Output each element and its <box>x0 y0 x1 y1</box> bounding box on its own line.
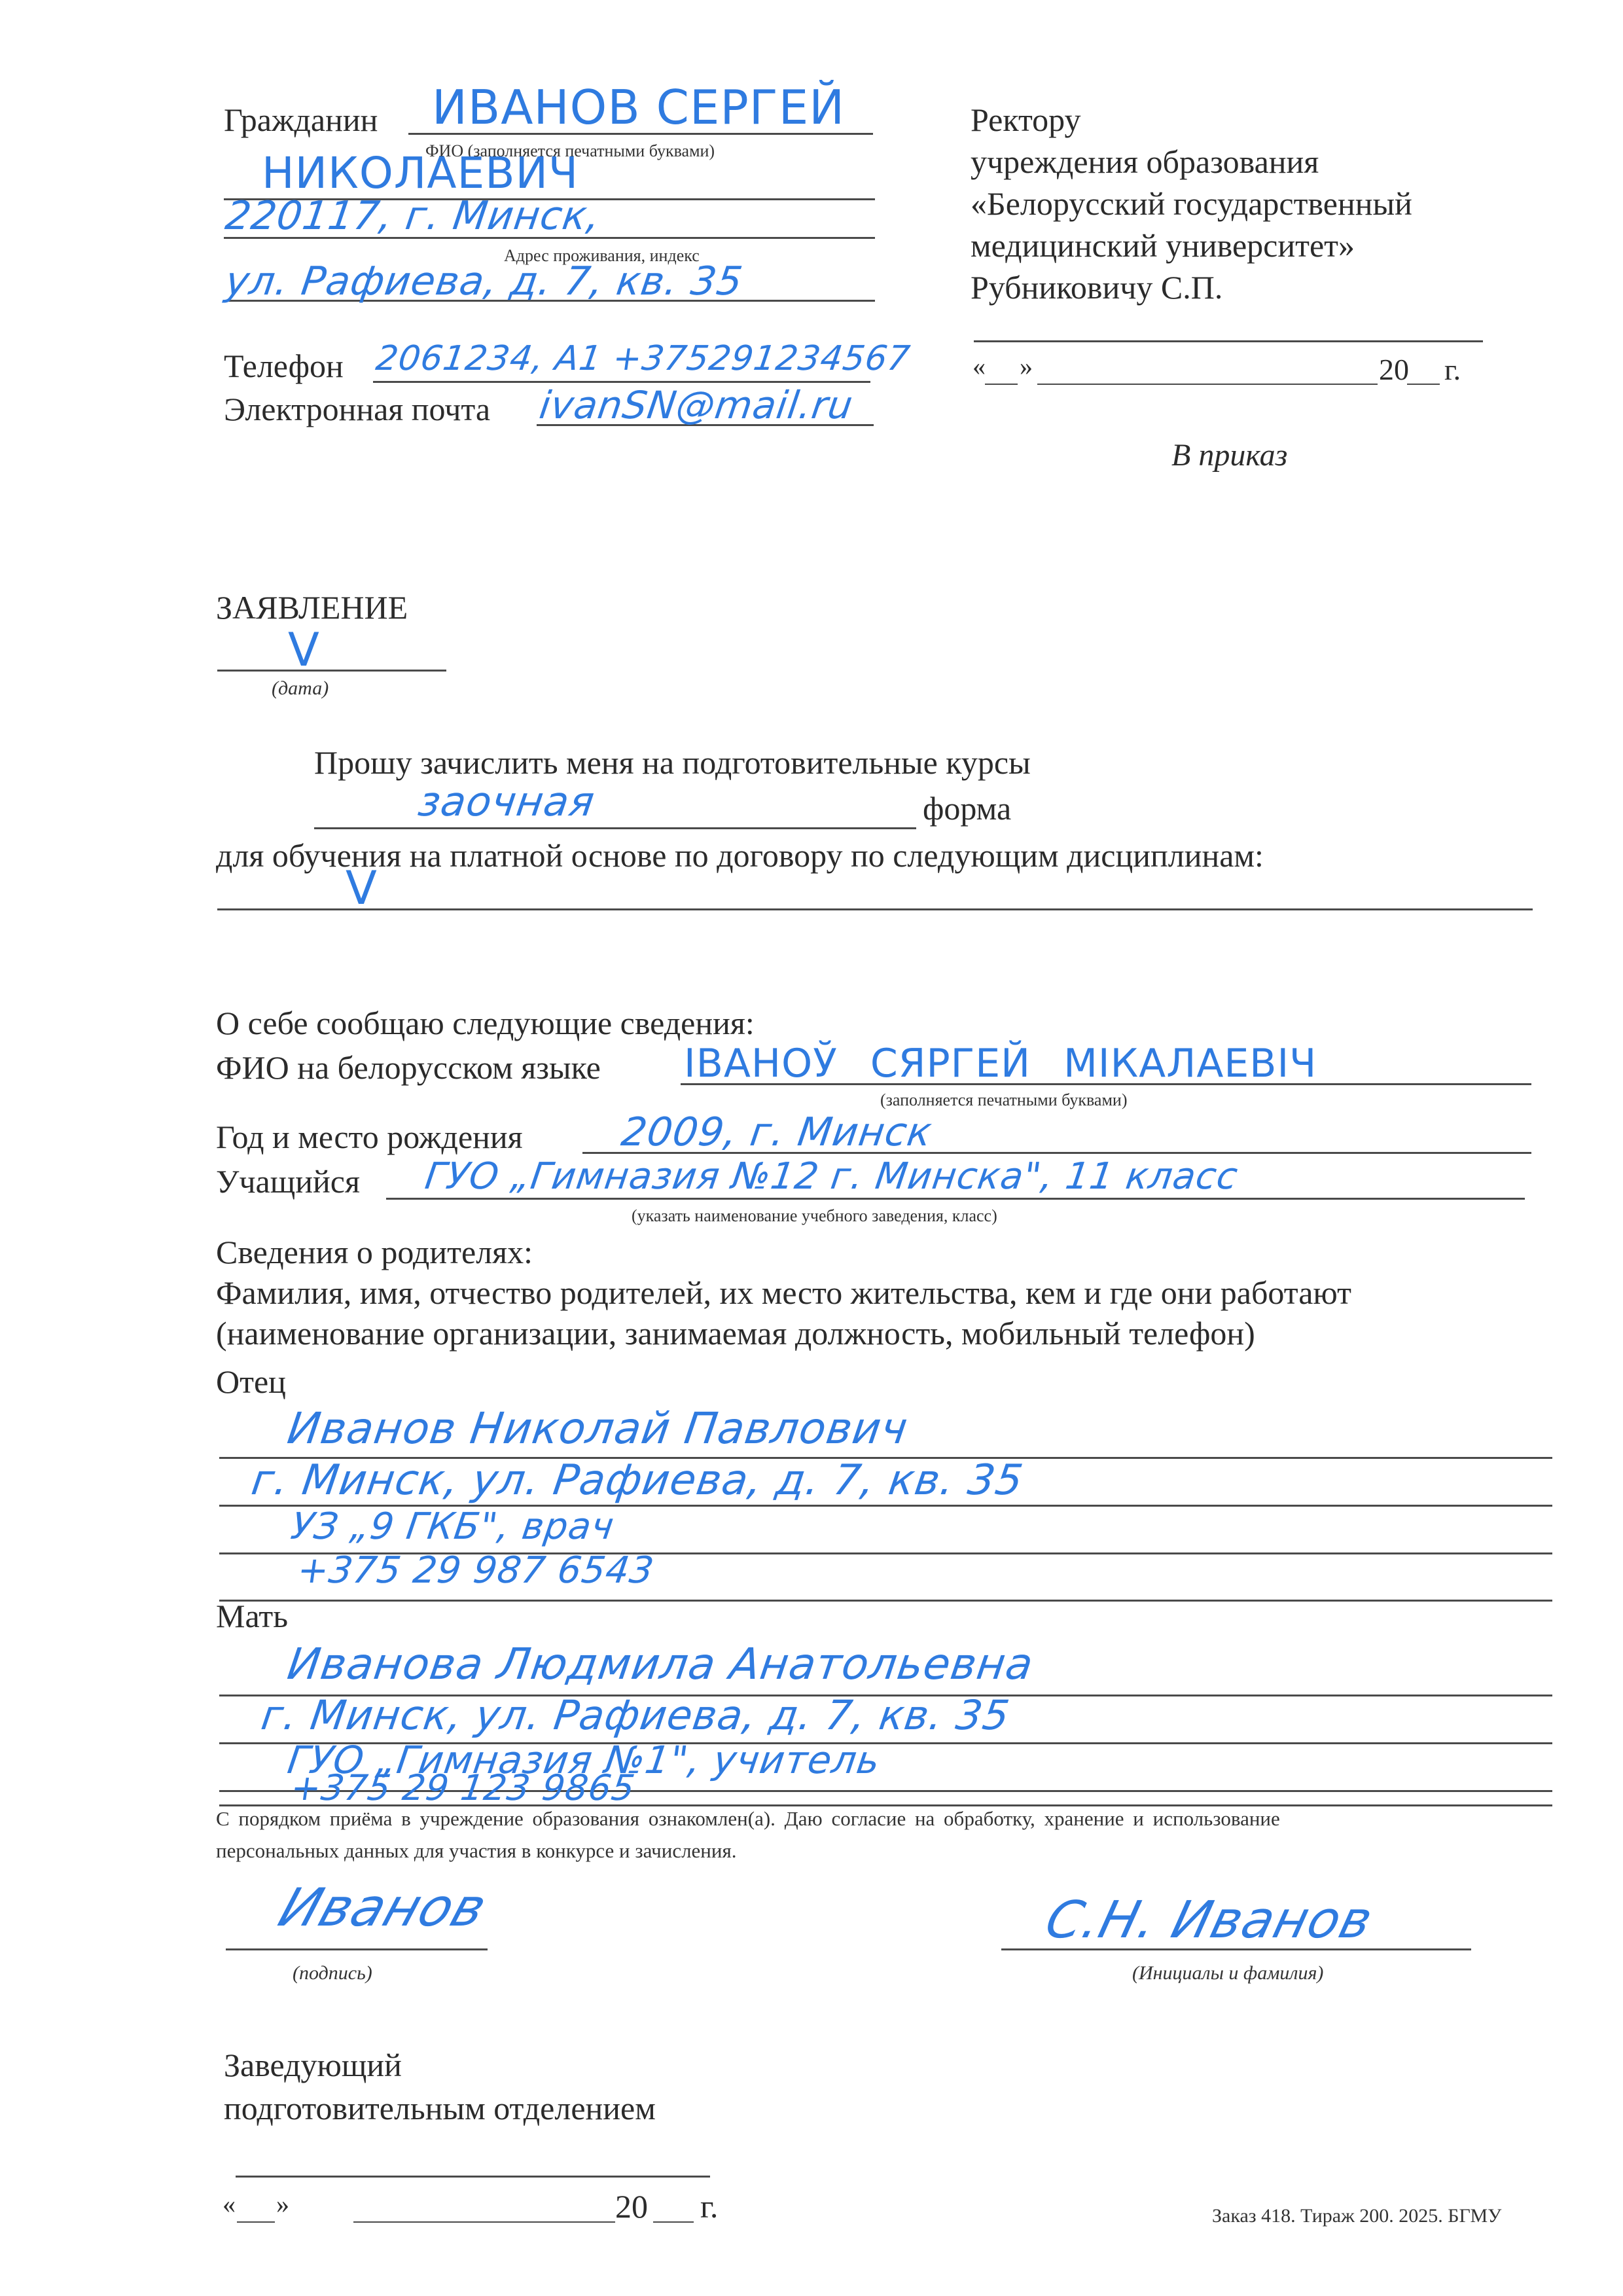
fio-field-2[interactable]: НИКОЛАЕВИЧ <box>262 152 579 195</box>
parents-instructions-2: (наименование организации, занимаемая до… <box>216 1317 1255 1350</box>
print-info: Заказ 418. Тираж 200. 2025. БГМУ <box>1212 2206 1501 2226</box>
addressee-line-2: учреждения образования <box>971 145 1319 178</box>
rector-date-close-quote: » <box>1020 353 1033 380</box>
signature-line <box>226 1948 488 1950</box>
addressee-line-5: Рубниковичу С.П. <box>971 271 1222 304</box>
rector-date-month-field[interactable] <box>1037 384 1378 385</box>
addressee-line-1: Ректору <box>971 103 1081 136</box>
signature-field[interactable]: Иванов <box>273 1882 493 1934</box>
date-hint: (дата) <box>272 679 329 698</box>
mother-field-4[interactable]: +375 29 123 9865 <box>289 1770 637 1806</box>
father-field-4[interactable]: +375 29 987 6543 <box>295 1552 656 1589</box>
addressee-line-3: «Белорусский государственный <box>971 187 1412 220</box>
order-note: В приказ <box>1171 440 1287 471</box>
email-field[interactable]: ivanSN@mail.ru <box>537 386 855 424</box>
head-date-year-field[interactable] <box>653 2221 694 2223</box>
fio-by-field[interactable]: ІВАНОЎ СЯРГЕЙ МІКАЛАЕВІЧ <box>684 1044 1317 1083</box>
about-heading: О себе сообщаю следующие сведения: <box>216 1007 755 1039</box>
fio-by-hint: (заполняется печатными буквами) <box>880 1092 1128 1109</box>
parents-instructions-1: Фамилия, имя, отчество родителей, их мес… <box>216 1276 1351 1309</box>
father-label: Отец <box>216 1365 286 1398</box>
rector-date-year-prefix: 20 <box>1379 355 1409 385</box>
mother-field-1[interactable]: Иванова Людмила Анатольевна <box>285 1643 1036 1686</box>
phone-label: Телефон <box>224 350 344 382</box>
mother-label: Мать <box>216 1600 288 1632</box>
signature-hint: (подпись) <box>293 1964 372 1983</box>
address-field-1[interactable]: 220117, г. Минск, <box>223 196 603 236</box>
fio-by-label: ФИО на белорусском языке <box>216 1051 601 1084</box>
head-date-close-quote: » <box>276 2191 289 2217</box>
head-date-month-field[interactable] <box>353 2221 615 2223</box>
father-field-2[interactable]: г. Минск, ул. Рафиева, д. 7, кв. 35 <box>249 1460 1026 1501</box>
head-date-year-suffix: г. <box>700 2190 718 2223</box>
disciplines-checkmark[interactable]: V <box>346 865 377 911</box>
student-hint: (указать наименование учебного заведения… <box>632 1208 997 1225</box>
rector-date-open-quote: « <box>972 353 986 380</box>
student-label: Учащийся <box>216 1165 360 1198</box>
study-form-line <box>314 827 916 829</box>
head-date-day-field[interactable] <box>237 2221 275 2223</box>
study-form-field[interactable]: заочная <box>416 781 597 822</box>
consent-text-1: С порядком приёма в учреждение образован… <box>216 1808 1280 1829</box>
head-line-2: подготовительным отделением <box>224 2092 656 2125</box>
resolution-line <box>974 340 1483 342</box>
birth-field[interactable]: 2009, г. Минск <box>619 1113 935 1152</box>
rector-date-day-field[interactable] <box>985 384 1018 385</box>
father-line-4 <box>219 1600 1552 1602</box>
consent-text-2: персональных данных для участия в конкур… <box>216 1840 737 1861</box>
student-field[interactable]: ГУО „Гимназия №12 г. Минска", 11 класс <box>423 1158 1240 1195</box>
parents-heading: Сведения о родителях: <box>216 1236 533 1268</box>
rector-date-year-suffix: г. <box>1444 355 1461 385</box>
date-checkmark[interactable]: V <box>288 627 319 673</box>
initials-hint: (Инициалы и фамилия) <box>1132 1964 1323 1983</box>
father-field-1[interactable]: Иванов Николай Павлович <box>285 1407 910 1450</box>
disciplines-line <box>217 908 1533 910</box>
phone-field[interactable]: 2061234, A1 +375291234567 <box>374 342 912 376</box>
mother-field-2[interactable]: г. Минск, ул. Рафиева, д. 7, кв. 35 <box>259 1695 1012 1736</box>
head-date-year-prefix: 20 <box>615 2190 648 2223</box>
head-date-open-quote: « <box>223 2191 236 2217</box>
father-field-3[interactable]: УЗ „9 ГКБ", врач <box>289 1509 616 1545</box>
head-signature-line <box>236 2176 710 2178</box>
study-form-label: форма <box>923 792 1011 825</box>
email-label: Электронная почта <box>224 393 490 425</box>
student-line <box>386 1198 1525 1200</box>
request-text: Прошу зачислить меня на подготовительные… <box>314 746 1031 779</box>
statement-date-line <box>217 670 446 672</box>
fio-field-1[interactable]: ИВАНОВ СЕРГЕЙ <box>432 84 845 131</box>
head-line-1: Заведующий <box>224 2049 402 2081</box>
address-field-2[interactable]: ул. Рафиева, д. 7, кв. 35 <box>223 262 745 301</box>
addressee-line-4: медицинский университет» <box>971 229 1355 262</box>
birth-label: Год и место рождения <box>216 1121 523 1153</box>
statement-title: ЗАЯВЛЕНИЕ <box>216 591 408 624</box>
initials-field[interactable]: С.Н. Иванов <box>1041 1895 1378 1946</box>
citizen-label: Гражданин <box>224 103 378 136</box>
rector-date-year-field[interactable] <box>1407 384 1440 385</box>
